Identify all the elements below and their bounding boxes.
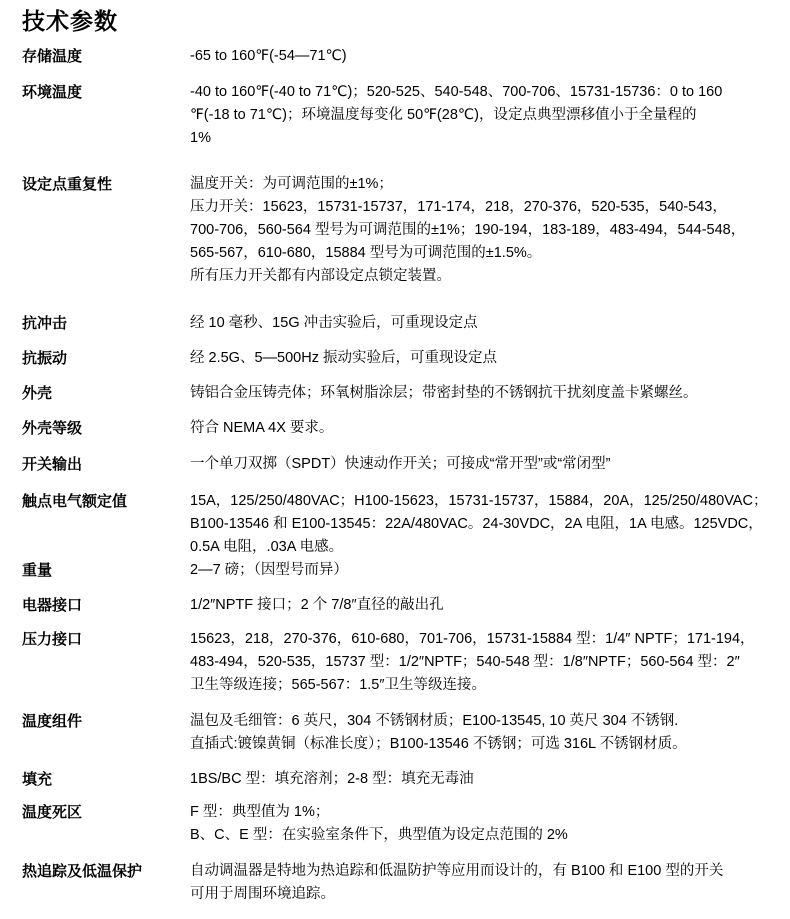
spec-label: 设定点重复性	[22, 173, 190, 196]
spec-value: 温度开关：为可调范围的±1%； 压力开关：15623，15731-15737，1…	[190, 173, 780, 288]
spec-label: 重量	[22, 559, 190, 582]
spec-label: 环境温度	[22, 81, 190, 104]
spec-row-heat-tracing: 热追踪及低温保护 自动调温器是特地为热追踪和低温防护等应用而设计的，有 B100…	[22, 860, 780, 906]
spec-row-fill: 填充 1BS/BC 型：填充溶剂；2-8 型：填充无毒油	[22, 768, 780, 791]
spec-row-vibration-resistance: 抗振动 经 2.5G、5—500Hz 振动实验后，可重现设定点	[22, 347, 780, 370]
page-title: 技术参数	[22, 6, 780, 36]
spec-document-page: 技术参数 存储温度 -65 to 160℉(-54—71℃) 环境温度 -40 …	[0, 0, 790, 919]
spec-value: 温包及毛细管：6 英尺，304 不锈钢材质；E100-13545, 10 英尺 …	[190, 710, 780, 756]
spec-row-contact-rating: 触点电气额定值 15A，125/250/480VAC；H100-15623，15…	[22, 490, 780, 559]
spec-label: 压力接口	[22, 628, 190, 651]
spec-value: 2—7 磅；（因型号而异）	[190, 559, 780, 582]
spec-label: 填充	[22, 768, 190, 791]
spec-value: F 型：典型值为 1%； B、C、E 型：在实验室条件下，典型值为设定点范围的 …	[190, 801, 780, 847]
spec-row-enclosure: 外壳 铸铝合金压铸壳体；环氧树脂涂层；带密封垫的不锈钢抗干扰刻度盖卡紧螺丝。	[22, 382, 780, 405]
spec-value: 符合 NEMA 4X 要求。	[190, 417, 780, 440]
spec-label: 开关输出	[22, 453, 190, 476]
spec-label: 外壳	[22, 382, 190, 405]
spec-value: 一个单刀双掷（SPDT）快速动作开关；可接成“常开型”或“常闭型”	[190, 453, 780, 476]
spec-row-weight: 重量 2—7 磅；（因型号而异）	[22, 559, 780, 582]
spec-row-setpoint-repeatability: 设定点重复性 温度开关：为可调范围的±1%； 压力开关：15623，15731-…	[22, 173, 780, 288]
spec-row-pressure-connection: 压力接口 15623，218，270-376，610-680，701-706，1…	[22, 628, 780, 697]
spec-label: 电器接口	[22, 594, 190, 617]
spec-label: 存储温度	[22, 45, 190, 68]
spec-value: 经 2.5G、5—500Hz 振动实验后，可重现设定点	[190, 347, 780, 370]
spec-label: 温度死区	[22, 801, 190, 824]
spec-value: 自动调温器是特地为热追踪和低温防护等应用而设计的，有 B100 和 E100 型…	[190, 860, 780, 906]
spec-row-enclosure-rating: 外壳等级 符合 NEMA 4X 要求。	[22, 417, 780, 440]
spec-row-temperature-deadband: 温度死区 F 型：典型值为 1%； B、C、E 型：在实验室条件下，典型值为设定…	[22, 801, 780, 847]
spec-value: 经 10 毫秒、15G 冲击实验后，可重现设定点	[190, 312, 780, 335]
spec-row-ambient-temp: 环境温度 -40 to 160℉(-40 to 71℃)；520-525、540…	[22, 81, 780, 150]
spec-row-electrical-connection: 电器接口 1/2″NPTF 接口；2 个 7/8″直径的敲出孔	[22, 594, 780, 617]
spec-value: -40 to 160℉(-40 to 71℃)；520-525、540-548、…	[190, 81, 780, 150]
spec-label: 抗冲击	[22, 312, 190, 335]
spec-label: 温度组件	[22, 710, 190, 733]
spec-label: 抗振动	[22, 347, 190, 370]
spec-row-shock-resistance: 抗冲击 经 10 毫秒、15G 冲击实验后，可重现设定点	[22, 312, 780, 335]
spec-row-temperature-assembly: 温度组件 温包及毛细管：6 英尺，304 不锈钢材质；E100-13545, 1…	[22, 710, 780, 756]
spec-value: 15A，125/250/480VAC；H100-15623，15731-1573…	[190, 490, 780, 559]
spec-value: 铸铝合金压铸壳体；环氧树脂涂层；带密封垫的不锈钢抗干扰刻度盖卡紧螺丝。	[190, 382, 780, 405]
spec-value: -65 to 160℉(-54—71℃)	[190, 45, 780, 68]
spec-label: 热追踪及低温保护	[22, 860, 190, 883]
spec-value: 1BS/BC 型：填充溶剂；2-8 型：填充无毒油	[190, 768, 780, 791]
spec-label: 外壳等级	[22, 417, 190, 440]
spec-value: 1/2″NPTF 接口；2 个 7/8″直径的敲出孔	[190, 594, 780, 617]
spec-row-switch-output: 开关输出 一个单刀双掷（SPDT）快速动作开关；可接成“常开型”或“常闭型”	[22, 453, 780, 476]
spec-row-storage-temp: 存储温度 -65 to 160℉(-54—71℃)	[22, 45, 780, 68]
spec-value: 15623，218，270-376，610-680，701-706，15731-…	[190, 628, 780, 697]
spec-label: 触点电气额定值	[22, 490, 190, 513]
